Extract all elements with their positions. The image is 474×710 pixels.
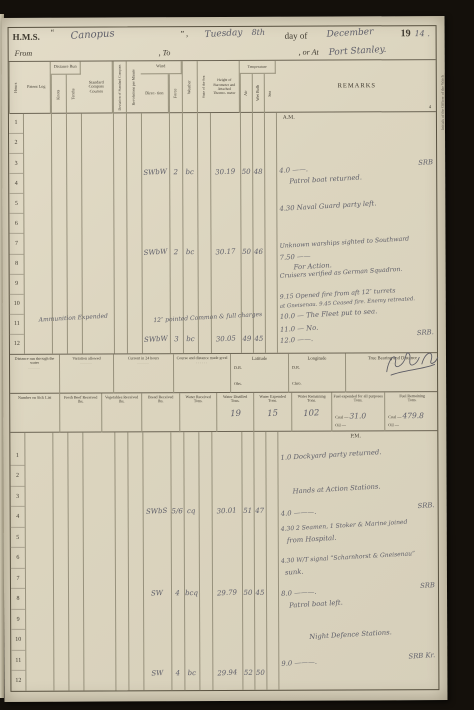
remark-line: 8.0 ———. (281, 588, 317, 598)
col-sea-state: State of the Sea (197, 61, 210, 113)
water-expended-cell: Water ExpendedTons.15 (254, 393, 292, 432)
pm-r8-weather: bcq (184, 590, 199, 597)
longitude-chro-label: Chro. (292, 382, 301, 387)
coal-label: Coal — (335, 414, 348, 419)
hour-cell: 6 (11, 548, 25, 569)
logbook-page: H.M.S. “ Canopus ” , Tuesday 8th day of … (2, 16, 448, 702)
hour-cell: 12 (11, 671, 25, 691)
remarks-corner-mark: 4 (429, 104, 431, 109)
am-r12-wind-force: 3 (170, 336, 183, 343)
coal-label: Coal — (388, 414, 401, 419)
col-wind-force: Force (169, 74, 182, 113)
am-r8-wind-direction: SWbW (141, 248, 169, 257)
open-quote: “ (51, 28, 55, 37)
watch-initials: SRB. (417, 328, 434, 337)
fuel-expended-coal-value: 31.0 (349, 411, 366, 420)
officer-initials-margin-caption: Initials of the Officer of the Watch (440, 56, 445, 148)
water-remaining-value: 102 (303, 409, 320, 419)
hour-cell: 11 (11, 651, 25, 672)
col-compass-courses: Standard Compass Courses (81, 61, 113, 113)
pm-r12-wind-direction: SW (143, 669, 171, 678)
remark-line: 1.0 Dockyard party returned. (280, 445, 436, 462)
pm-r12-temp-wet: 50 (254, 670, 266, 677)
latitude-obs-label: Obs. (234, 382, 242, 387)
true-bearing-cell: True Bearing and Distance...... (346, 353, 439, 392)
water-expended-value: 15 (267, 409, 278, 419)
bread-cell: Bread Receivedlbs. (142, 393, 180, 432)
hour-cell: 12 (10, 335, 24, 354)
hour-cell: 2 (10, 466, 24, 487)
hour-cell: 9 (10, 274, 24, 294)
close-quote: ” , (181, 29, 189, 38)
col-remarks: REMARKS (276, 60, 438, 113)
col-knots: Knots (51, 75, 66, 114)
pm-r4-wind-direction: SWbS (142, 507, 170, 516)
pm-r8-temp-wet: 45 (254, 590, 266, 597)
hour-cell: 7 (11, 569, 25, 590)
noon-navigation-band: Distance run through the water...... Var… (10, 353, 437, 394)
provisions-fuel-band: Number on Sick List Fresh Beef Receivedl… (10, 392, 437, 433)
remark-line: Night Defence Stations. (309, 626, 437, 641)
water-received-cell: Water ReceivedTons. (180, 393, 217, 432)
watch-initials: SRB (420, 581, 435, 590)
col-temperature-group: Temperature (240, 61, 276, 74)
to-label: , To (159, 48, 171, 57)
col-deviation: Deviation of Standard Compass (113, 61, 126, 113)
latitude-cell: Latitude D.R. Obs. (231, 354, 289, 393)
col-barometer: Height of Barometer and Attached Thermo-… (210, 61, 240, 113)
am-r12-temp-wet: 45 (253, 336, 265, 343)
hour-cell: 10 (11, 630, 25, 651)
watch-initials: SRB. (417, 501, 434, 510)
am-r8-wind-force: 2 (170, 249, 183, 256)
fuel-expended-cell: Fuel expended for all purposesTons. Coal… (332, 392, 385, 431)
latitude-dr-label: D.R. (234, 366, 242, 371)
hour-cell: 9 (11, 610, 25, 631)
log-sheet-frame: H.M.S. “ Canopus ” , Tuesday 8th day of … (8, 25, 440, 692)
col-hours: Hours (9, 62, 23, 114)
am-r12-wind-direction: SWbW (142, 335, 170, 344)
hour-cell: 3 (11, 487, 25, 508)
pm-r4-barometer: 30.01 (211, 507, 241, 516)
pm-log-grid: 1 2 3 4 5 6 7 8 9 10 11 12 SWbS 5/6 cq 3… (10, 431, 438, 691)
col-tenths: Tenths (66, 75, 81, 114)
am-r4-barometer: 30.19 (210, 168, 240, 177)
hour-cell: 10 (10, 295, 24, 315)
hour-cell: 7 (9, 234, 23, 254)
current-24h-cell: Current in 24 hours...... (114, 354, 174, 393)
pm-remarks: P.M. 1.0 Dockyard party returned. Hands … (280, 431, 437, 690)
pm-r8-temp-air: 50 (242, 590, 254, 597)
am-r4-temp-wet: 48 (252, 169, 264, 176)
navigator-signature-flourish (380, 342, 441, 382)
am-log-grid: 1 2 3 4 5 6 7 8 9 10 11 12 SWbW 2 bc 30.… (9, 112, 437, 355)
pm-r8-wind-force: 4 (171, 590, 184, 597)
am-remarks: A.M. 4.0 ——.SRB Patrol boat returned. 4.… (279, 112, 436, 353)
am-r11-ammunition-note: Ammunition Expended (26, 313, 121, 324)
col-weather: Weather (182, 61, 197, 113)
or-at-label: , or At (299, 48, 319, 57)
col-wind-direction: Direc- tion (141, 74, 169, 113)
hour-cell: 8 (11, 589, 25, 610)
hour-cell: 6 (9, 214, 23, 234)
am-label: A.M. (283, 114, 295, 120)
remark-line: 4.0 ——. (279, 165, 308, 175)
pm-hours-column: 1 2 3 4 5 6 7 8 9 10 11 12 (10, 446, 25, 691)
hour-cell: 1 (10, 446, 24, 467)
pm-r12-wind-force: 4 (171, 670, 184, 677)
col-revolutions: Revolutions per Minute (126, 61, 141, 113)
variation-allowed-cell: Variation allowed...... (60, 354, 114, 393)
water-remaining-cell: Water RemainingTons.102 (292, 392, 332, 431)
am-hours-column: 1 2 3 4 5 6 7 8 9 10 11 12 (9, 114, 24, 354)
am-r4-wind-direction: SWbW (141, 168, 169, 177)
fuel-remaining-cell: Fuel RemainingTons. Coal — 479.8 Oil — (385, 392, 439, 431)
hms-label: H.M.S. (13, 32, 40, 42)
am-r4-weather: bc (182, 169, 197, 176)
am-r8-weather: bc (183, 249, 198, 256)
year-handwritten: 14 . (415, 29, 430, 38)
remark-line: 12.0 ——. (280, 335, 313, 345)
hour-cell: 8 (10, 254, 24, 274)
hour-cell: 5 (11, 528, 25, 549)
fresh-beef-cell: Fresh Beef Receivedlbs. (60, 393, 102, 432)
table-header: Hours Patent Log Distance Run Knots Tent… (9, 60, 436, 114)
pm-r4-temp-air: 51 (242, 508, 254, 515)
am-r11-ammunition-detail: 12″ pointed Common & full charges (138, 311, 278, 325)
col-patent-log: Patent Log (23, 62, 51, 114)
longitude-dr-label: D.R. (292, 366, 300, 371)
hour-cell: 11 (10, 315, 24, 335)
distance-through-water-cell: Distance run through the water...... (10, 355, 60, 394)
am-r12-weather: bc (183, 336, 198, 343)
am-r4-temp-air: 50 (240, 169, 252, 176)
pm-r4-wind-force: 5/6 (171, 508, 184, 515)
oil-label: Oil — (388, 423, 399, 428)
hour-cell: 3 (9, 154, 23, 174)
fuel-remaining-coal-value: 479.8 (402, 411, 424, 420)
pm-label: P.M. (350, 433, 361, 439)
col-wind-group: Wind (141, 61, 182, 74)
col-temp-wet-bulb: Wet Bulb (252, 74, 264, 113)
hour-cell: 1 (9, 114, 23, 134)
water-distilled-cell: Water DistilledTons.19 (217, 393, 254, 432)
remark-line: 4.30 Naval Guard party left. (279, 196, 435, 213)
remark-line: 4.0 ———. (281, 508, 317, 518)
am-r12-barometer: 30.05 (211, 335, 241, 344)
longitude-cell: Longitude D.R. Chro. (289, 353, 346, 392)
sick-list-cell: Number on Sick List (10, 394, 60, 433)
am-r8-barometer: 30.17 (210, 248, 240, 257)
month-name: December (326, 27, 373, 40)
vegetables-cell: Vegetables Receivedlbs. (102, 393, 142, 432)
remark-line: 9.0 ———. (281, 658, 317, 668)
ship-name: Canopus (70, 28, 115, 41)
pm-r12-temp-air: 52 (242, 670, 254, 677)
am-r4-wind-force: 2 (169, 169, 182, 176)
am-r8-temp-wet: 46 (253, 249, 265, 256)
day-of-label: day of (285, 31, 308, 41)
hour-cell: 2 (9, 134, 23, 154)
pm-r12-weather: bc (184, 670, 199, 677)
pm-r4-temp-wet: 47 (254, 508, 266, 515)
pm-r4-weather: cq (184, 508, 199, 515)
oil-label: Oil — (335, 423, 346, 428)
am-r8-temp-air: 50 (241, 249, 253, 256)
col-temp-sea: Sea (264, 74, 276, 113)
from-label: From (15, 49, 33, 58)
course-made-good-cell: Course and distance made good...... (174, 354, 231, 393)
watch-initials: SRB (418, 158, 433, 167)
am-r12-temp-air: 49 (241, 336, 253, 343)
pm-r12-barometer: 29.94 (212, 669, 242, 678)
day-number: 8th (252, 28, 266, 37)
pm-r8-barometer: 29.79 (212, 589, 242, 598)
water-distilled-value: 19 (230, 409, 241, 419)
pm-r8-wind-direction: SW (143, 589, 171, 598)
col-temp-air: Air (240, 74, 252, 113)
year-printed: 19 (401, 28, 411, 39)
hour-cell: 5 (9, 194, 23, 214)
remark-line: Hands at Action Stations. (292, 479, 436, 495)
day-word: Tuesday (204, 28, 242, 40)
hour-cell: 4 (9, 174, 23, 194)
at-place: Port Stanley. (328, 45, 386, 58)
watch-initials: SRB Kr. (408, 651, 435, 660)
col-distance-run: Distance Run (51, 62, 81, 75)
hour-cell: 4 (11, 507, 25, 528)
